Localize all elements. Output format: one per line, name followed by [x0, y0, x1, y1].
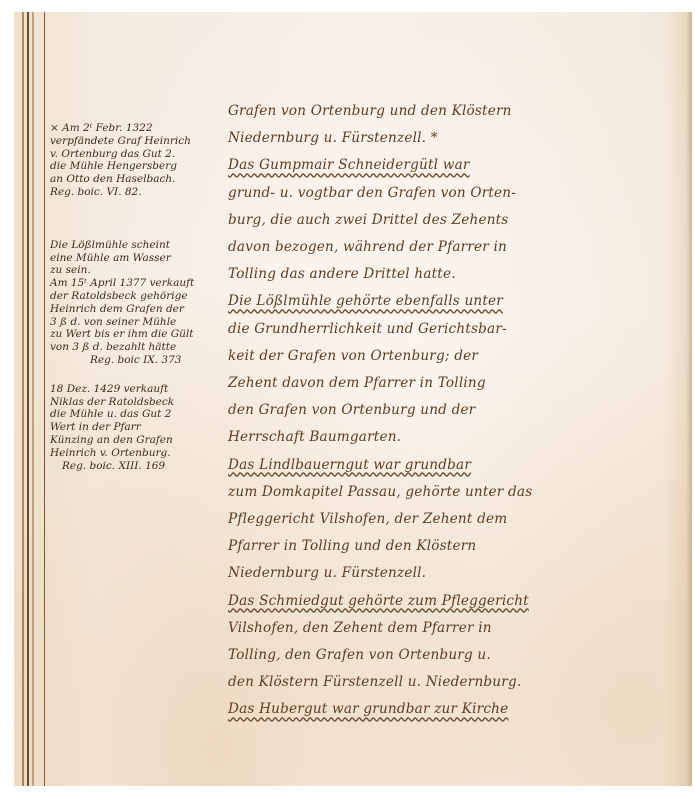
note-line: Reg. boic. XIII. 169 — [50, 460, 220, 473]
margin-note-1: × Am 2ᵗ Febr. 1322 verpfändete Graf Hein… — [50, 122, 220, 199]
page-edge-line — [27, 12, 29, 786]
text-line: Zehent davon dem Pfarrer in Tolling — [228, 370, 683, 397]
text-line: Niedernburg u. Fürstenzell. * — [228, 125, 683, 152]
text-line: Tolling das andere Drittel hatte. — [228, 261, 683, 288]
text-line-entry-heading: Die Lößlmühle gehörte ebenfalls unter — [228, 288, 683, 315]
note-line: × Am 2ᵗ Febr. 1322 — [50, 122, 220, 135]
text-line: den Grafen von Ortenburg und der — [228, 397, 683, 424]
note-line: an Otto den Haselbach. — [50, 173, 220, 186]
text-line-entry-heading: Das Gumpmair Schneidergütl war — [228, 152, 683, 179]
note-line: zu Wert bis er ihm die Gült — [50, 328, 220, 341]
main-text-body: Grafen von Ortenburg und den Klöstern Ni… — [228, 98, 683, 724]
note-line: Am 15ᵗ April 1377 verkauft — [50, 277, 220, 290]
note-line: 18 Dez. 1429 verkauft — [50, 383, 220, 396]
page-stack-edges — [14, 12, 52, 786]
note-line: die Mühle u. das Gut 2 — [50, 408, 220, 421]
note-line: Heinrich v. Ortenburg. — [50, 447, 220, 460]
text-line-entry-heading: Das Schmiedgut gehörte zum Pfleggericht — [228, 588, 683, 615]
note-line: Heinrich dem Grafen der — [50, 303, 220, 316]
note-line: eine Mühle am Wasser — [50, 252, 220, 265]
note-line: Wert in der Pfarr — [50, 421, 220, 434]
note-line: von 3 ß d. bezahlt hätte — [50, 341, 220, 354]
note-line: die Mühle Hengersberg — [50, 160, 220, 173]
text-line-entry-heading: Das Lindlbauerngut war grundbar — [228, 452, 683, 479]
note-line: Reg. boic IX. 373 — [50, 354, 220, 367]
text-line-entry-heading: Das Hubergut war grundbar zur Kirche — [228, 696, 683, 723]
text-line: die Grundherrlichkeit und Gerichtsbar- — [228, 316, 683, 343]
note-line: zu sein. — [50, 264, 220, 277]
text-line: Vilshofen, den Zehent dem Pfarrer in — [228, 615, 683, 642]
page-edge-line — [44, 12, 45, 786]
page-edge-line — [32, 12, 34, 786]
note-line: Künzing an den Grafen — [50, 434, 220, 447]
text-line: keit der Grafen von Ortenburg; der — [228, 343, 683, 370]
text-line: burg, die auch zwei Drittel des Zehents — [228, 207, 683, 234]
text-line: grund- u. vogtbar den Grafen von Orten- — [228, 180, 683, 207]
page-edge-line — [22, 12, 24, 786]
note-line: v. Ortenburg das Gut 2. — [50, 148, 220, 161]
note-line: der Ratoldsbeck gehörige — [50, 290, 220, 303]
margin-notes: × Am 2ᵗ Febr. 1322 verpfändete Graf Hein… — [50, 122, 220, 494]
note-line: verpfändete Graf Heinrich — [50, 135, 220, 148]
text-line: Herrschaft Baumgarten. — [228, 424, 683, 451]
text-line: den Klöstern Fürstenzell u. Niedernburg. — [228, 669, 683, 696]
text-line: davon bezogen, während der Pfarrer in — [228, 234, 683, 261]
page-fold-shadow — [686, 12, 692, 786]
text-line: Niedernburg u. Fürstenzell. — [228, 560, 683, 587]
note-line: Reg. boic. VI. 82. — [50, 186, 220, 199]
text-line: Tolling, den Grafen von Ortenburg u. — [228, 642, 683, 669]
margin-note-3: 18 Dez. 1429 verkauft Niklas der Ratolds… — [50, 383, 220, 473]
text-line: Pfarrer in Tolling und den Klöstern — [228, 533, 683, 560]
note-line: Niklas der Ratoldsbeck — [50, 396, 220, 409]
text-line: Grafen von Ortenburg und den Klöstern — [228, 98, 683, 125]
margin-note-2: Die Lößlmühle scheint eine Mühle am Wass… — [50, 239, 220, 367]
text-line: zum Domkapitel Passau, gehörte unter das — [228, 479, 683, 506]
note-line: Die Lößlmühle scheint — [50, 239, 220, 252]
note-line: 3 ß d. von seiner Mühle — [50, 316, 220, 329]
text-line: Pfleggericht Vilshofen, der Zehent dem — [228, 506, 683, 533]
